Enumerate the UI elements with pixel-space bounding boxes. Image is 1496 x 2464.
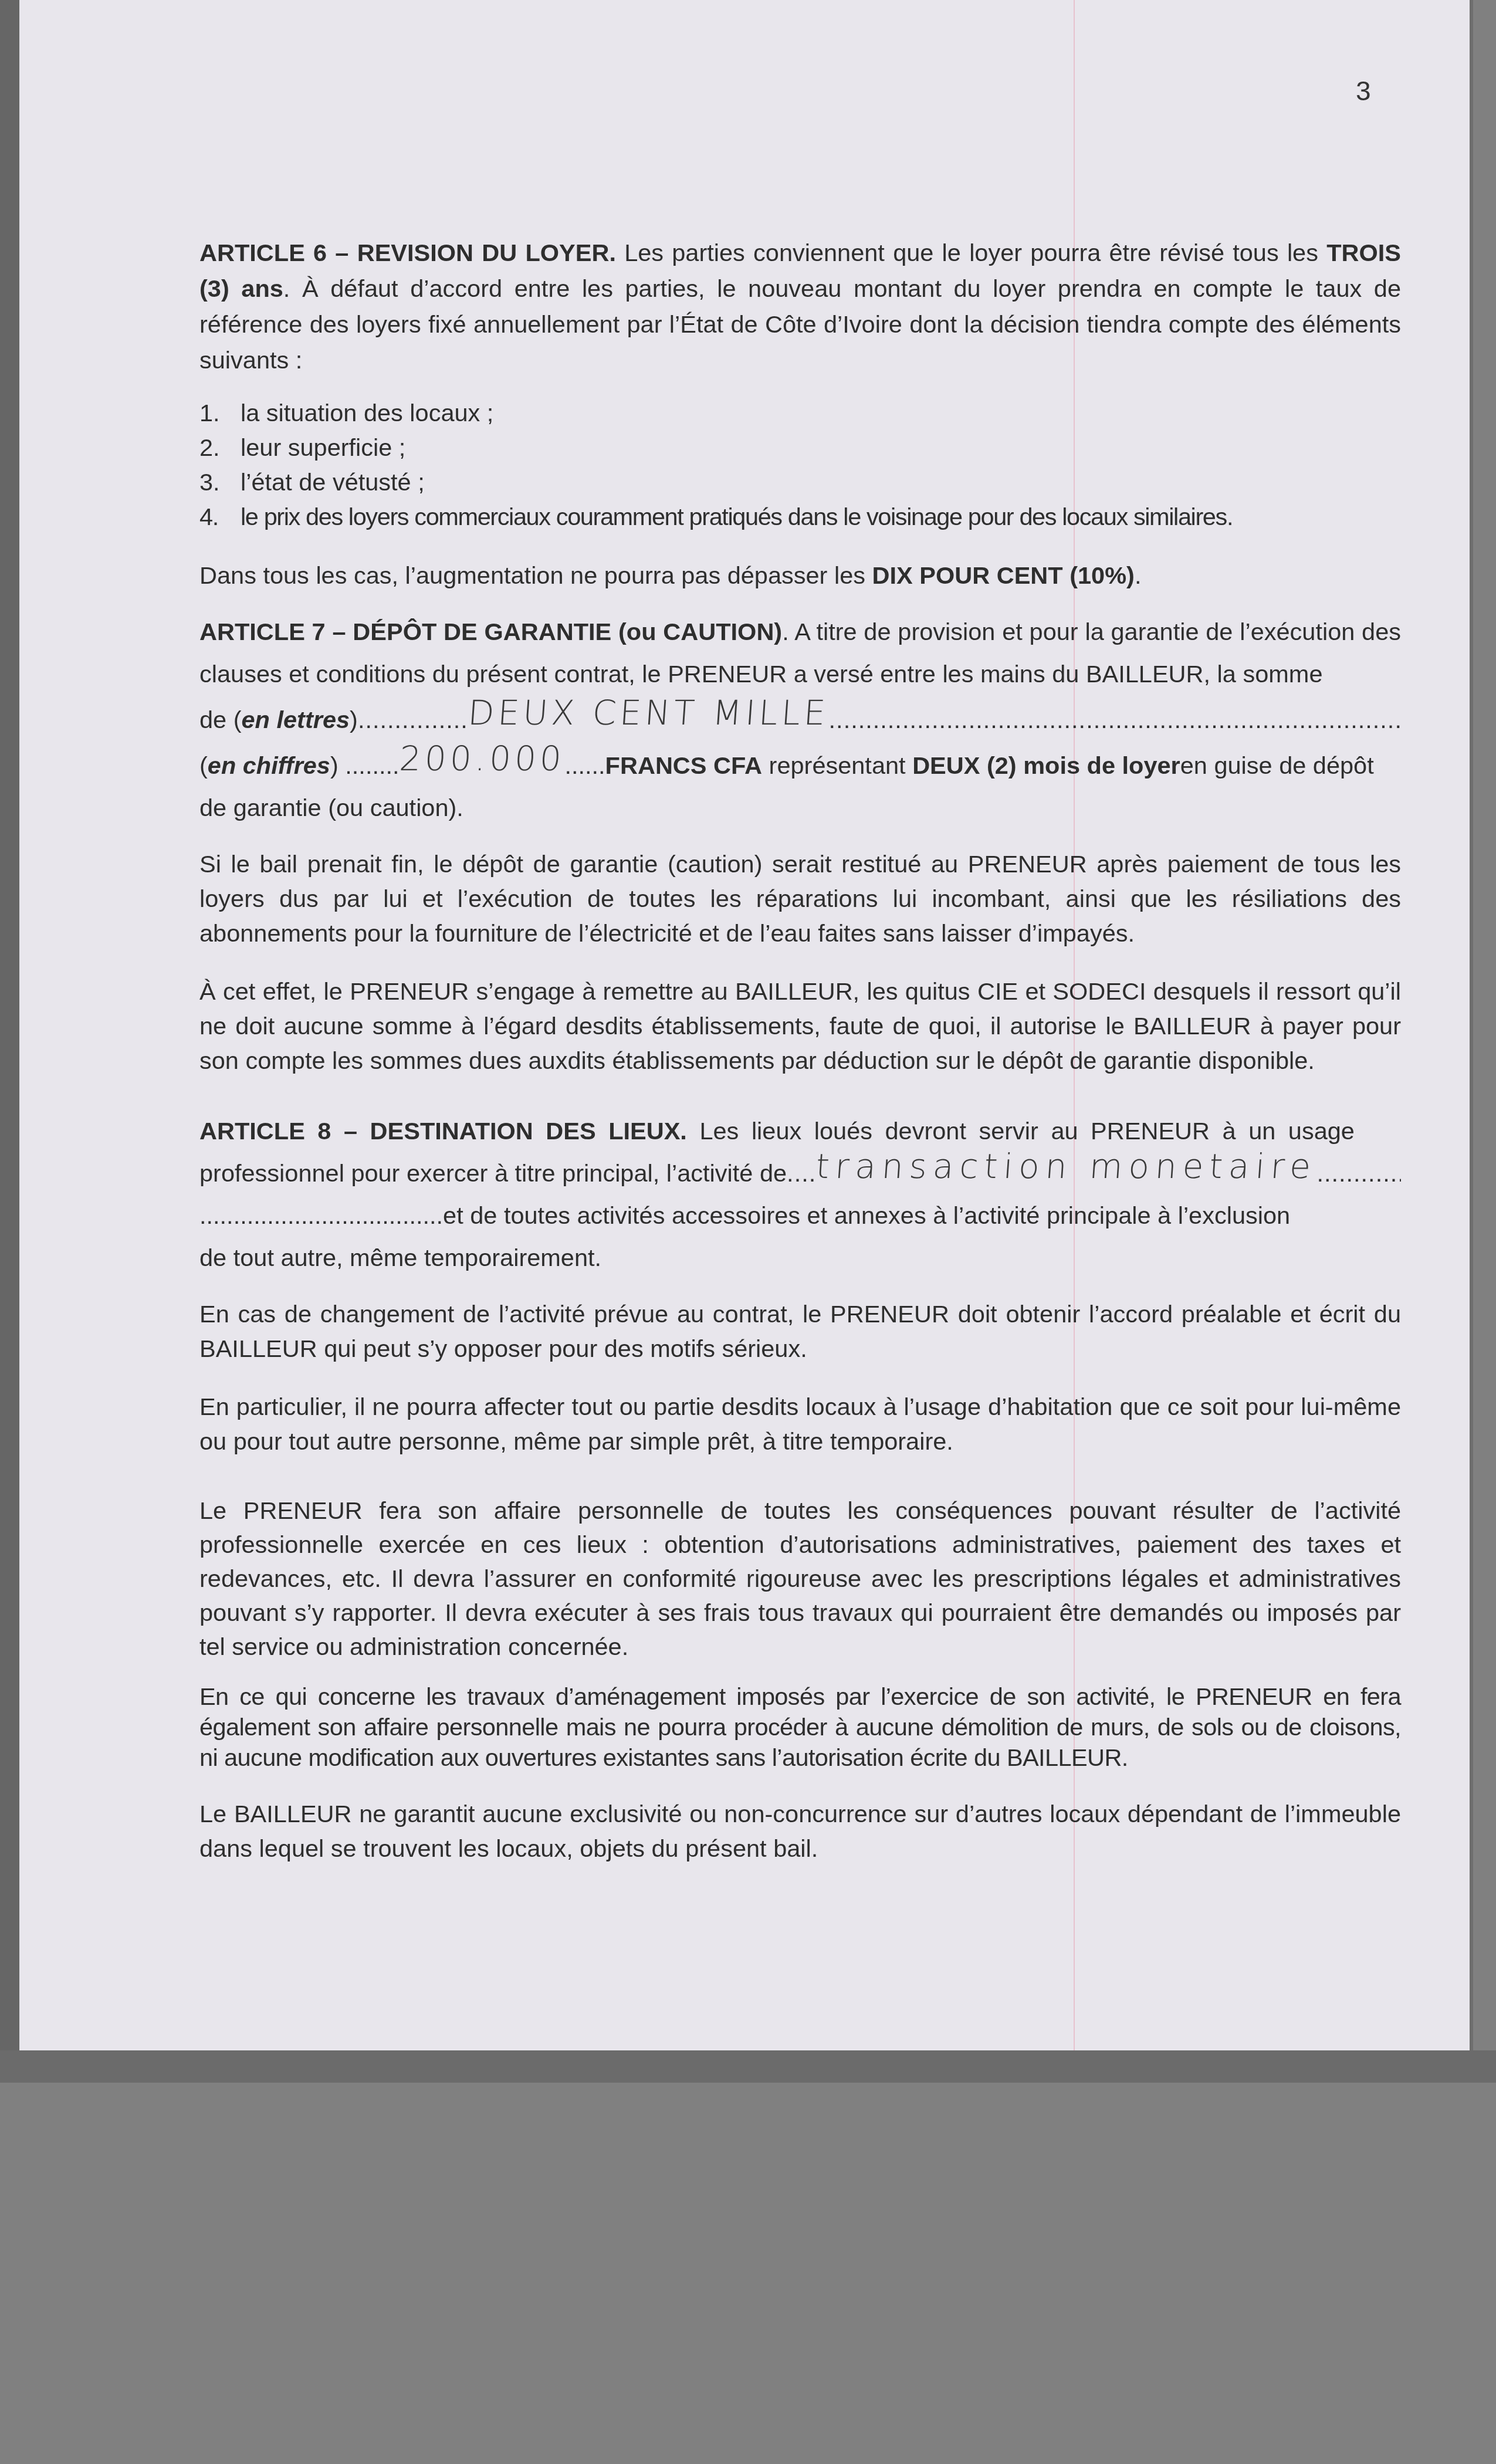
article-7-title: ARTICLE 7 – DÉPÔT DE GARANTIE (ou CAUTIO… xyxy=(199,618,782,645)
list-item: 3.l’état de vétusté ; xyxy=(199,465,1401,499)
deposit-refund-paragraph: Si le bail prenait fin, le dépôt de gara… xyxy=(199,847,1401,950)
scan-bottom-strip xyxy=(0,2050,1496,2083)
amount-in-figures-line: (en chiffres) ........ 200.000 ...... FR… xyxy=(199,741,1401,787)
article-6-title: ARTICLE 6 – REVISION DU LOYER. xyxy=(199,239,616,266)
list-item: 1.la situation des locaux ; xyxy=(199,395,1401,430)
amount-in-letters-field[interactable]: DEUX CENT MILLE xyxy=(466,692,830,734)
list-item: 2.leur superficie ; xyxy=(199,430,1401,465)
article-6-intro: ARTICLE 6 – REVISION DU LOYER. Les parti… xyxy=(199,235,1401,378)
list-item: 4.le prix des loyers commerciaux couramm… xyxy=(199,499,1401,534)
currency: FRANCS CFA xyxy=(605,744,762,787)
amount-in-letters-line: de (en lettres) ............... DEUX CEN… xyxy=(199,695,1401,741)
activity-continuation-line: ....................................et d… xyxy=(199,1194,1401,1237)
article-8-intro: ARTICLE 8 – DESTINATION DES LIEUX. Les l… xyxy=(199,1113,1401,1149)
scan-left-border xyxy=(0,0,19,2050)
page-number: 3 xyxy=(1356,75,1371,107)
article-8: ARTICLE 8 – DESTINATION DES LIEUX. Les l… xyxy=(199,1113,1401,1866)
tenant-responsibility-paragraph: Le PRENEUR fera son affaire personnelle … xyxy=(199,1494,1401,1664)
activity-change-paragraph: En cas de changement de l’activité prévu… xyxy=(199,1297,1401,1366)
residential-use-paragraph: En particulier, il ne pourra affecter to… xyxy=(199,1389,1401,1458)
article-6: ARTICLE 6 – REVISION DU LOYER. Les parti… xyxy=(199,235,1401,593)
works-paragraph: En ce qui concerne les travaux d’aménage… xyxy=(199,1681,1401,1773)
amount-in-figures-field[interactable]: 200.000 xyxy=(398,737,566,780)
article-7-intro: ARTICLE 7 – DÉPÔT DE GARANTIE (ou CAUTIO… xyxy=(199,611,1401,695)
article-8-title: ARTICLE 8 – DESTINATION DES LIEUX. xyxy=(199,1117,687,1145)
non-exclusivity-paragraph: Le BAILLEUR ne garantit aucune exclusivi… xyxy=(199,1796,1401,1866)
activity-field[interactable]: transaction monetaire xyxy=(815,1145,1318,1187)
revision-factors-list: 1.la situation des locaux ; 2.leur super… xyxy=(199,395,1401,534)
activity-line: professionnel pour exercer à titre princ… xyxy=(199,1149,1401,1194)
article-7: ARTICLE 7 – DÉPÔT DE GARANTIE (ou CAUTIO… xyxy=(199,611,1401,1078)
increase-cap-value: DIX POUR CENT (10%) xyxy=(872,561,1135,589)
document-page: 3 ARTICLE 6 – REVISION DU LOYER. Les par… xyxy=(19,0,1473,2050)
utility-clearance-paragraph: À cet effet, le PRENEUR s’engage à remet… xyxy=(199,974,1401,1078)
increase-cap: Dans tous les cas, l’augmentation ne pou… xyxy=(199,557,1401,593)
document-body: ARTICLE 6 – REVISION DU LOYER. Les parti… xyxy=(199,235,1401,1866)
deposit-months: DEUX (2) mois de loyer xyxy=(912,744,1180,787)
